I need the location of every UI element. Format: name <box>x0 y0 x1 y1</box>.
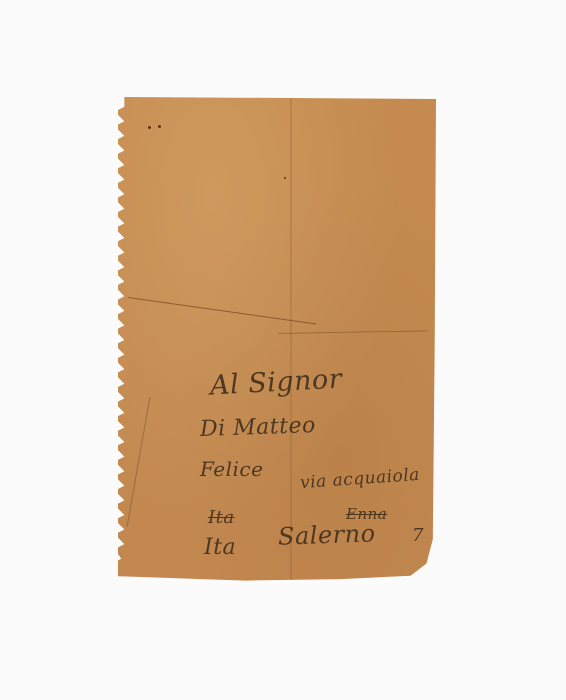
struck-word: Ita <box>208 507 235 528</box>
fold-line <box>290 97 292 583</box>
ink-spot <box>148 126 151 129</box>
faint-pencil-sketch <box>127 397 211 527</box>
paper-crease <box>128 297 316 324</box>
address-line-street: via acquaiola <box>299 465 420 493</box>
brown-paper-sheet: Al Signor Di Matteo Felice via acquaiola… <box>118 97 436 583</box>
ink-spot <box>284 177 286 179</box>
address-line-salutation: Al Signor <box>209 364 343 402</box>
margin-mark: 7 <box>412 525 424 546</box>
address-line-surname: Di Matteo <box>200 413 317 442</box>
address-line-city: Salerno <box>278 519 376 550</box>
paper-crease <box>278 330 428 334</box>
address-line-country: Ita <box>204 535 236 560</box>
ink-spot <box>158 125 161 128</box>
address-line-firstname: Felice <box>200 457 263 481</box>
